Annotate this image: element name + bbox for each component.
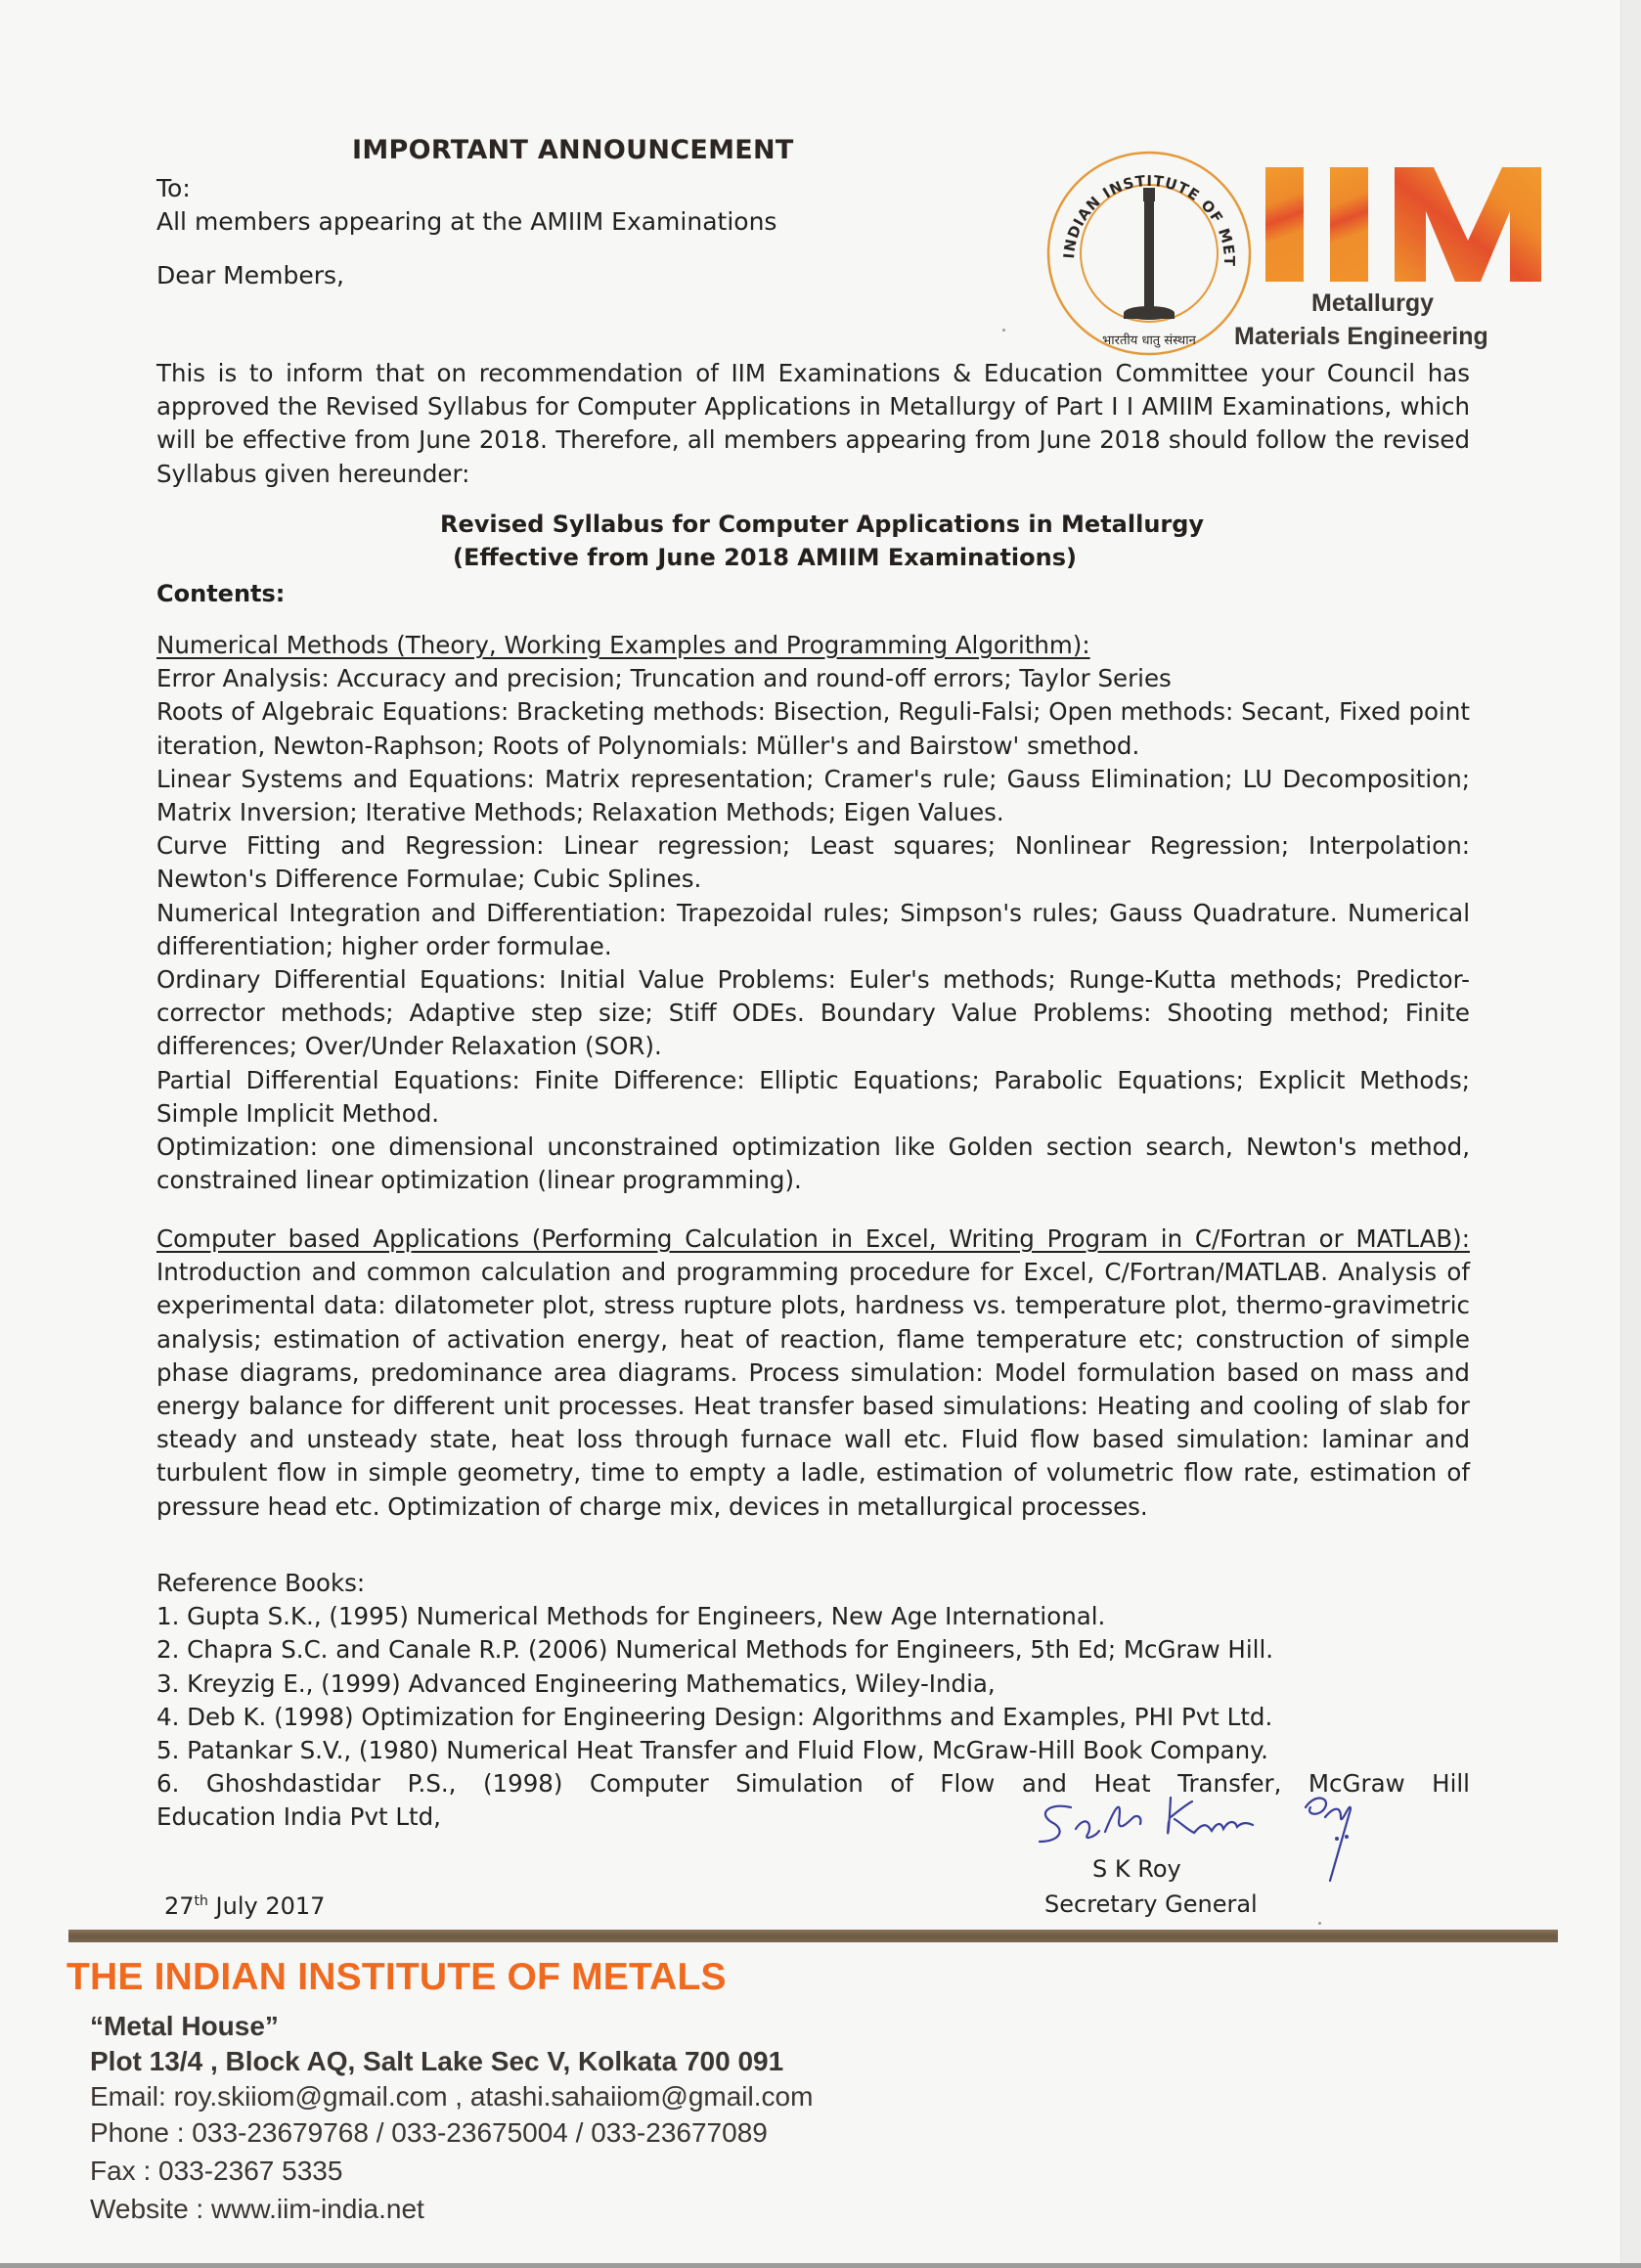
topic-item: Partial Differential Equations: Finite D… [156,1064,1470,1131]
iim-seal-logo: THE INDIAN INSTITUTE OF METALS भारतीय धा… [1044,149,1254,358]
letter-date: 27th July 2017 [164,1892,325,1920]
topic-item: Ordinary Differential Equations: Initial… [156,963,1470,1064]
syllabus-subheading: (Effective from June 2018 AMIIM Examinat… [453,544,1077,571]
numerical-methods-title: Numerical Methods (Theory, Working Examp… [156,629,1470,662]
signatory-name: S K Roy [1092,1855,1181,1883]
to-label: To: [156,174,191,202]
email-contact: Email: roy.skiiom@gmail.com , atashi.sah… [90,2081,813,2112]
page-edge-bottom [0,2263,1641,2268]
phone-contact: Phone : 033-23679768 / 033-23675004 / 03… [90,2117,768,2149]
references-label: Reference Books: [156,1567,1470,1600]
postal-address: Plot 13/4 , Block AQ, Salt Lake Sec V, K… [90,2046,783,2077]
topic-item: Numerical Integration and Differentiatio… [156,897,1470,963]
page-edge [1620,0,1641,2268]
signatory-designation: Secretary General [1044,1890,1258,1918]
computer-applications-section: Computer based Applications (Performing … [156,1223,1470,1524]
logo-tagline-materials: Materials Engineering [1234,323,1488,351]
numerical-methods-section: Numerical Methods (Theory, Working Examp… [156,629,1470,1197]
scan-speck [1318,1922,1321,1925]
topic-item: Roots of Algebraic Equations: Bracketing… [156,695,1470,762]
topic-item: Curve Fitting and Regression: Linear reg… [156,829,1470,896]
computer-applications-body: Introduction and common calculation and … [156,1258,1470,1520]
contents-label: Contents: [156,580,285,607]
reference-item: 5. Patankar S.V., (1980) Numerical Heat … [156,1734,1470,1767]
svg-text:THE INDIAN INSTITUTE OF METALS: THE INDIAN INSTITUTE OF METALS [1044,149,1238,267]
building-name: “Metal House” [90,2011,279,2042]
fax-contact: Fax : 033-2367 5335 [90,2156,342,2187]
reference-item: 4. Deb K. (1998) Optimization for Engine… [156,1701,1470,1734]
institute-name: THE INDIAN INSTITUTE OF METALS [67,1956,727,1999]
announcement-title: IMPORTANT ANNOUNCEMENT [352,135,794,165]
salutation: Dear Members, [156,261,344,289]
reference-item: 3. Kreyzig E., (1999) Advanced Engineeri… [156,1668,1470,1701]
scan-speck [1002,329,1005,332]
syllabus-heading: Revised Syllabus for Computer Applicatio… [440,511,1204,538]
website-link[interactable]: Website : www.iim-india.net [90,2194,424,2225]
reference-item: 1. Gupta S.K., (1995) Numerical Methods … [156,1600,1470,1633]
topic-item: Error Analysis: Accuracy and precision; … [156,662,1470,695]
reference-item: 2. Chapra S.C. and Canale R.P. (2006) Nu… [156,1633,1470,1667]
topic-item: Linear Systems and Equations: Matrix rep… [156,763,1470,829]
topic-item: Optimization: one dimensional unconstrai… [156,1131,1470,1197]
recipient-line: All members appearing at the AMIIM Exami… [156,207,776,236]
computer-applications-title: Computer based Applications (Performing … [156,1224,1470,1253]
intro-paragraph: This is to inform that on recommendation… [156,357,1470,491]
logo-tagline-metallurgy: Metallurgy [1311,289,1434,318]
footer-divider [68,1930,1558,1942]
iim-wordmark [1255,167,1538,282]
svg-text:भारतीय धातु संस्थान: भारतीय धातु संस्थान [1102,333,1196,348]
